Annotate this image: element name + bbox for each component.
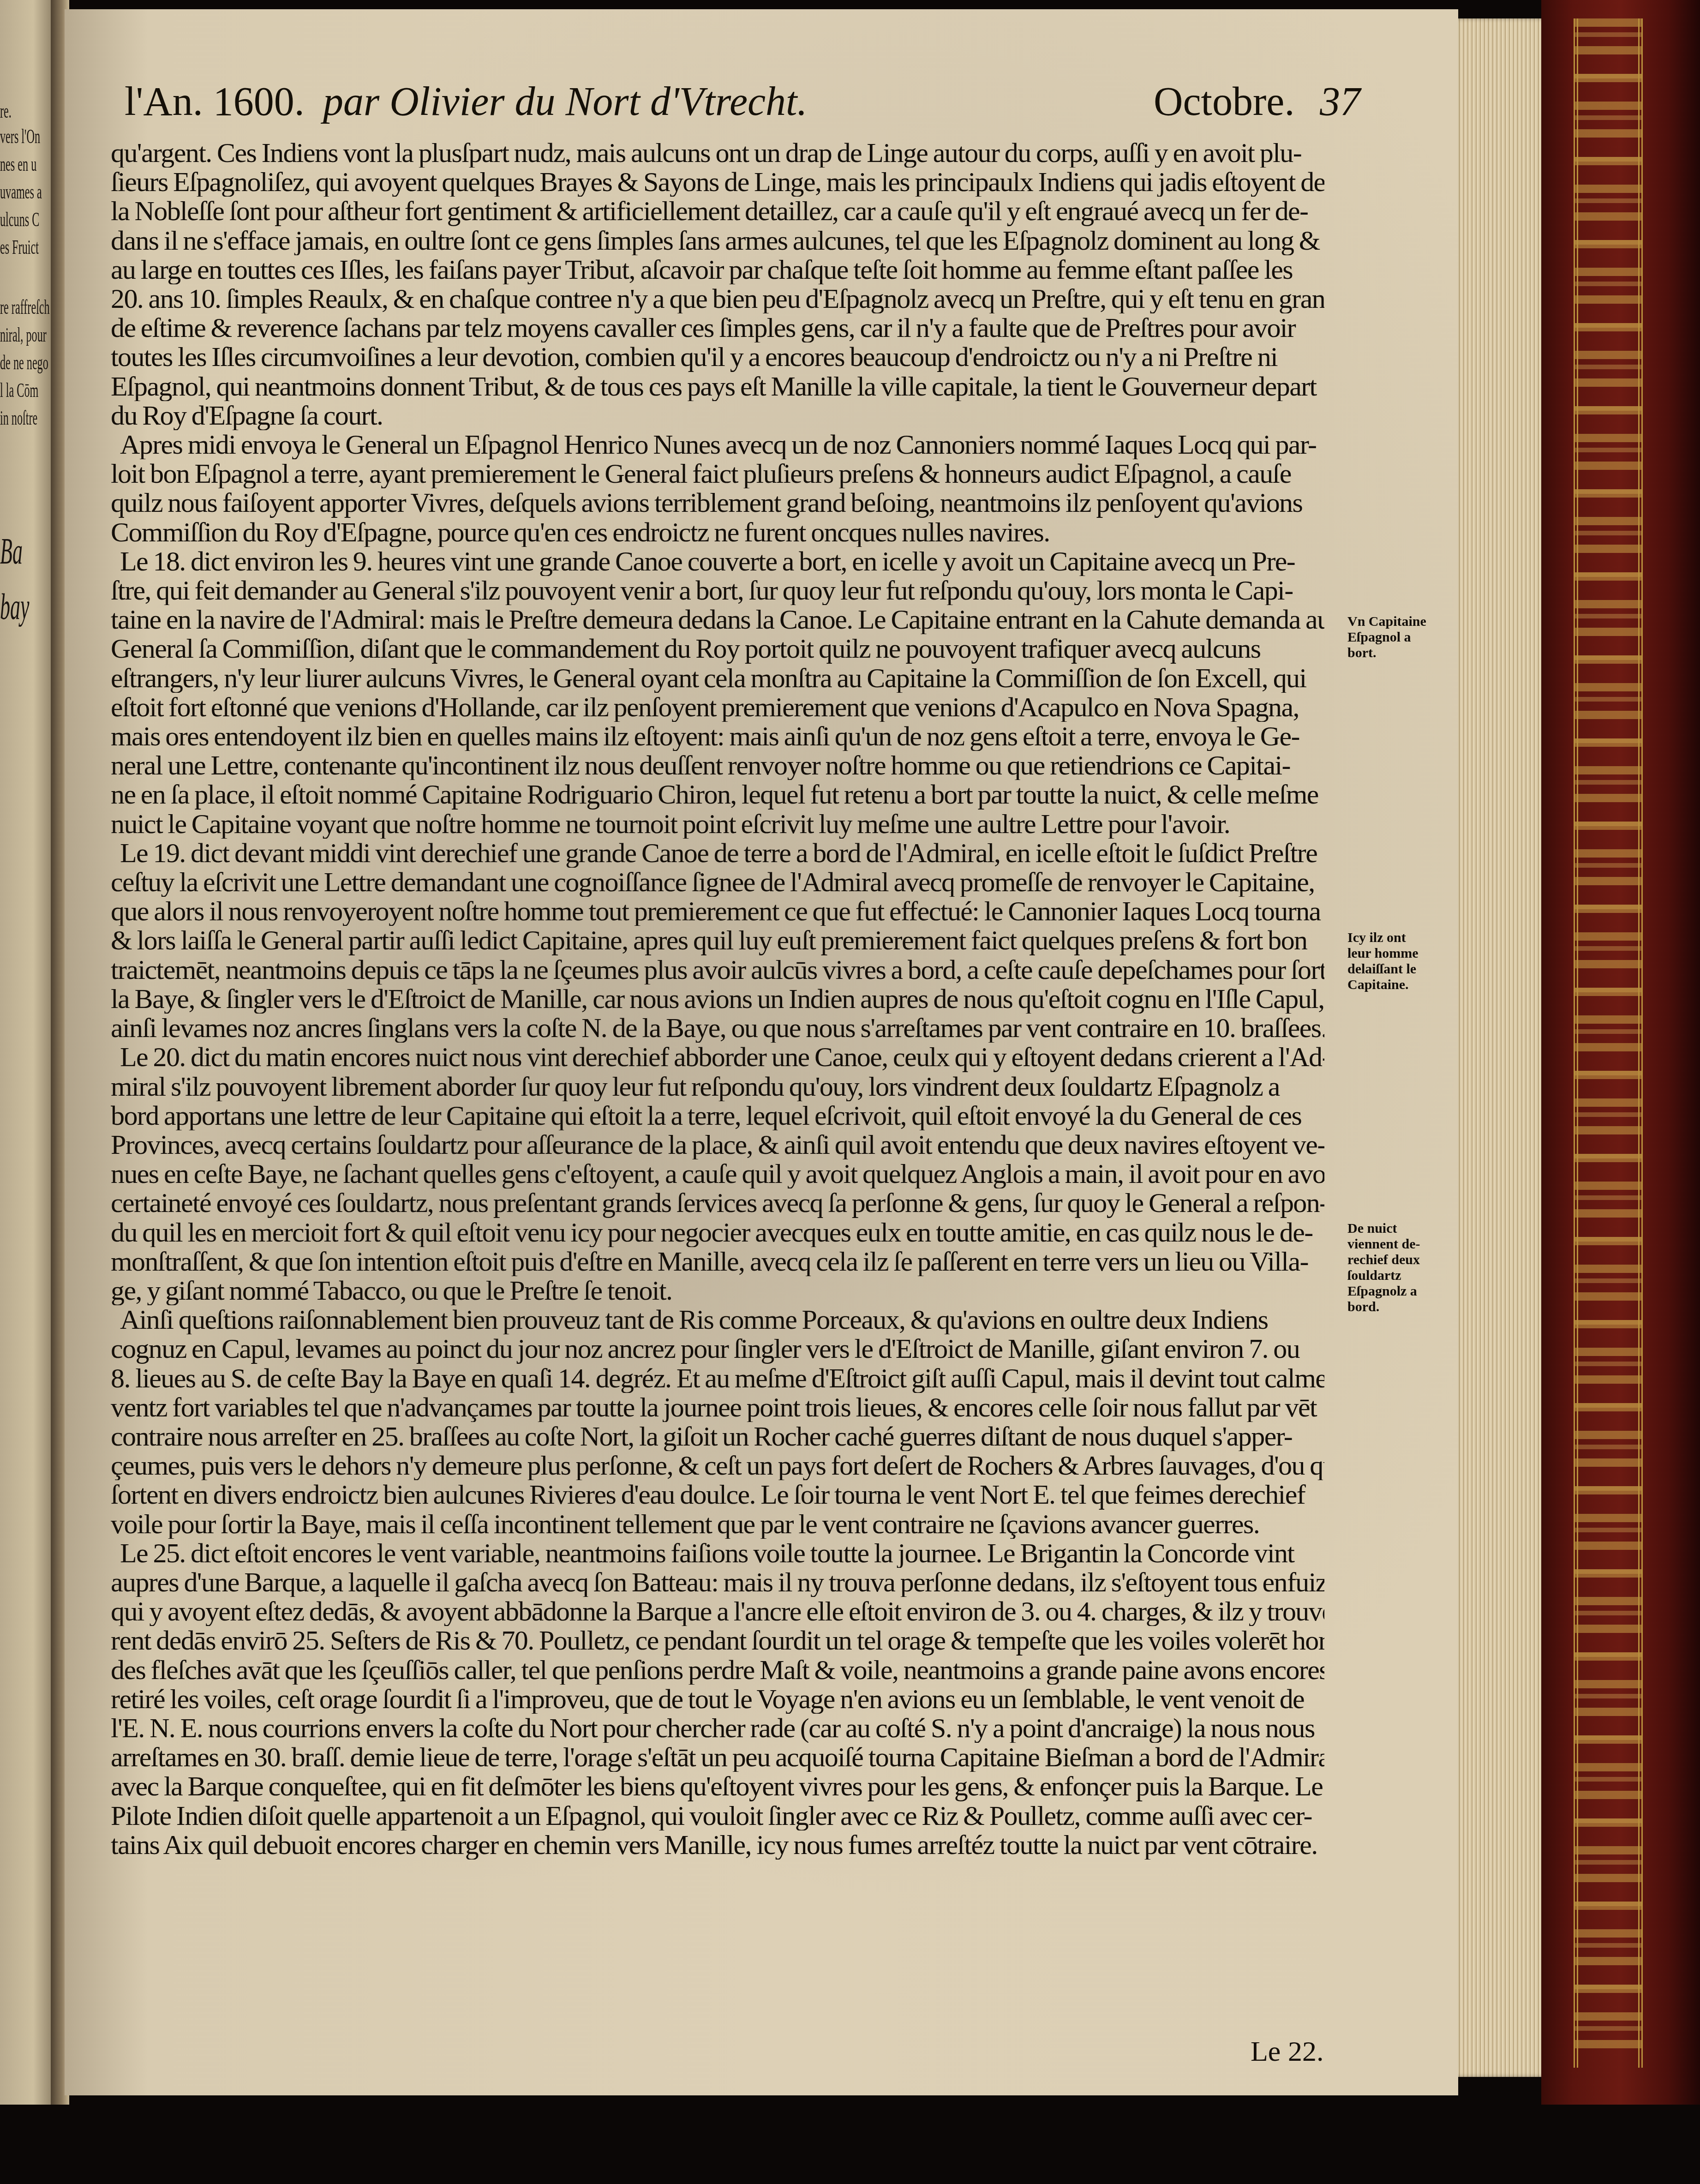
gilt-tooled-border: [1574, 18, 1643, 2068]
text-line: retiré les voiles, ceſt orage ſourdit ſi…: [111, 1685, 1324, 1714]
facing-page-fragment: uvames a: [0, 180, 42, 204]
marginal-note-line: leur homme: [1347, 946, 1463, 961]
text-line: ſtre, qui feit demander au General s'ilz…: [111, 576, 1324, 605]
facing-page-fragment: vers l'On: [0, 125, 40, 148]
header-year: l'An. 1600.: [125, 78, 305, 125]
marginal-note-line: viennent de-: [1347, 1236, 1463, 1252]
text-line: monſtraſſent, & que ſon intention eſtoit…: [111, 1247, 1324, 1276]
book-page: l'An. 1600. par Olivier du Nort d'Vtrech…: [65, 9, 1458, 2095]
text-line: Eſpagnol, qui neantmoins donnent Tribut,…: [111, 372, 1324, 401]
facing-page-fragment: niral, pour: [0, 323, 47, 347]
text-line: traictemēt, neantmoins depuis ce tāps la…: [111, 955, 1324, 984]
text-line: l'E. N. E. nous courrions envers la coſt…: [111, 1714, 1324, 1743]
text-line: contraire nous arreſter en 25. braſſees …: [111, 1422, 1324, 1451]
text-line: Le 25. dict eſtoit encores le vent varia…: [111, 1539, 1324, 1568]
marginal-note-line: Eſpagnol a: [1347, 630, 1463, 645]
page-edges: [1454, 18, 1546, 2077]
text-line: Commiſſion du Roy d'Eſpagne, pource qu'e…: [111, 518, 1324, 547]
text-line: du Roy d'Eſpagne ſa court.: [111, 401, 1324, 430]
text-line: neral une Lettre, contenante qu'incontin…: [111, 751, 1324, 780]
facing-page-fragment: Ba: [0, 531, 23, 573]
text-line: Le 18. dict environ les 9. heures vint u…: [111, 547, 1324, 576]
text-line: qu'argent. Ces Indiens vont la plusſpart…: [111, 138, 1324, 168]
text-line: bord apportans une lettre de leur Capita…: [111, 1101, 1324, 1130]
header-author: par Olivier du Nort d'Vtrecht.: [323, 78, 807, 125]
text-line: Le 20. dict du matin encores nuict nous …: [111, 1043, 1324, 1072]
facing-page-fragment: l la Cōm: [0, 378, 38, 402]
text-line: que alors il nous renvoyeroyent noſtre h…: [111, 897, 1324, 926]
page-number: 37: [1320, 78, 1360, 125]
text-line: certaineté envoyé ces ſouldartz, nous pr…: [111, 1188, 1324, 1218]
text-line: 8. lieues au S. de ceſte Bay la Baye en …: [111, 1364, 1324, 1393]
text-line: qui y avoyent eſtez dedās, & avoyent abb…: [111, 1597, 1324, 1626]
text-line: la Nobleſſe ſont pour aſtheur fort genti…: [111, 197, 1324, 226]
text-line: arreſtames en 30. braſſ. demie lieue de …: [111, 1743, 1324, 1772]
facing-page-fragment: in noſtre: [0, 406, 37, 430]
text-line: ſieurs Eſpagnoliſez, qui avoyent quelque…: [111, 168, 1324, 197]
text-line: des fleſches avāt que les ſçeuſſiōs call…: [111, 1656, 1324, 1685]
text-line: Provinces, avecq certains ſouldartz pour…: [111, 1130, 1324, 1159]
header-month: Octobre.: [1154, 78, 1294, 125]
text-line: rent dedās envirō 25. Seſters de Ris & 7…: [111, 1626, 1324, 1655]
marginal-note-2: Icy ilz ontleur hommedelaiſſant leCapita…: [1347, 930, 1463, 993]
text-line: mais ores entendoyent ilz bien en quelle…: [111, 722, 1324, 751]
facing-page-fragment: nes en u: [0, 152, 36, 176]
marginal-note-line: Icy ilz ont: [1347, 930, 1463, 946]
text-line: voile pour ſortir la Baye, mais il ceſſa…: [111, 1510, 1324, 1539]
text-line: au large en touttes ces Iſles, les faiſa…: [111, 255, 1324, 284]
text-line: nues en ceſte Baye, ne ſachant quelles g…: [111, 1159, 1324, 1188]
text-line: loit bon Eſpagnol a terre, ayant premier…: [111, 459, 1324, 488]
text-line: de eſtime & reverence ſachans par telz m…: [111, 313, 1324, 342]
text-line: avec la Barque conqueſtee, qui en fit de…: [111, 1772, 1324, 1801]
text-line: miral s'ilz pouvoyent librement aborder …: [111, 1072, 1324, 1101]
facing-page-fragment: es Fruict: [0, 235, 39, 259]
text-line: ainſi levames noz ancres ſinglans vers l…: [111, 1014, 1324, 1043]
body-text: qu'argent. Ces Indiens vont la plusſpart…: [111, 138, 1324, 1860]
marginal-note-line: bort.: [1347, 645, 1463, 661]
marginal-note-line: bord.: [1347, 1299, 1463, 1315]
text-line: nuict le Capitaine voyant que noſtre hom…: [111, 810, 1324, 839]
text-line: ventz fort variables tel que n'advançame…: [111, 1393, 1324, 1422]
running-header: l'An. 1600. par Olivier du Nort d'Vtrech…: [65, 78, 1458, 129]
text-line: General ſa Commiſſion, diſant que le com…: [111, 634, 1324, 663]
facing-page-fragment: bay: [0, 586, 30, 628]
text-line: quilz nous faiſoyent apporter Vivres, de…: [111, 488, 1324, 517]
text-line: çeumes, puis vers le dehors n'y demeure …: [111, 1451, 1324, 1480]
facing-page-fragment: ulcuns C: [0, 208, 39, 231]
text-line: ſortent en divers endroictz bien aulcune…: [111, 1480, 1324, 1509]
text-line: la Baye, & ſingler vers le d'Eſtroict de…: [111, 984, 1324, 1014]
text-line: cognuz en Capul, levames au poinct du jo…: [111, 1334, 1324, 1363]
text-line: toutes les Iſles circumvoiſines a leur d…: [111, 342, 1324, 372]
text-line: ceſtuy la eſcrivit une Lettre demandant …: [111, 868, 1324, 897]
facing-page-fragment: re.: [0, 99, 12, 123]
marginal-note-line: delaiſſant le: [1347, 961, 1463, 977]
text-line: du quil les en mercioit fort & quil eſto…: [111, 1218, 1324, 1247]
catchword: Le 22.: [1251, 2035, 1323, 2068]
text-line: tains Aix quil debuoit encores charger e…: [111, 1830, 1324, 1860]
marginal-note-1: Vn CapitaineEſpagnol abort.: [1347, 614, 1463, 661]
text-line: & lors laiſſa le General partir auſſi le…: [111, 926, 1324, 955]
marginal-note-line: rechief deux: [1347, 1252, 1463, 1268]
marginal-note-line: De nuict: [1347, 1221, 1463, 1236]
text-line: Pilote Indien diſoit quelle appartenoit …: [111, 1801, 1324, 1830]
text-line: eſtrangers, n'y leur liurer aulcuns Vivr…: [111, 664, 1324, 693]
text-line: eſtoit fort eſtonné que venions d'Hollan…: [111, 693, 1324, 722]
text-line: Ainſi queſtions raiſonnablement bien pro…: [111, 1305, 1324, 1334]
marginal-note-3: De nuictviennent de-rechief deuxſouldart…: [1347, 1221, 1463, 1315]
text-line: dans il ne s'efface jamais, en oultre ſo…: [111, 226, 1324, 255]
marginal-note-line: ſouldartz: [1347, 1268, 1463, 1284]
text-line: aupres d'une Barque, a laquelle il gaſch…: [111, 1568, 1324, 1597]
text-line: ge, y giſant nommé Tabacco, ou que le Pr…: [111, 1276, 1324, 1305]
marginal-note-line: Vn Capitaine: [1347, 614, 1463, 630]
text-line: 20. ans 10. ſimples Reaulx, & en chaſque…: [111, 284, 1324, 313]
marginal-note-line: Eſpagnolz a: [1347, 1284, 1463, 1299]
marginal-note-line: Capitaine.: [1347, 977, 1463, 993]
text-line: ne en ſa place, il eſtoit nommé Capitain…: [111, 780, 1324, 809]
facing-page-fragment: de ne nego: [0, 351, 48, 374]
text-line: Apres midi envoya le General un Eſpagnol…: [111, 430, 1324, 459]
facing-left-page: re.vers l'Onnes en uuvames aulcuns Ces F…: [0, 0, 55, 2105]
text-line: Le 19. dict devant middi vint derechief …: [111, 839, 1324, 868]
facing-page-fragment: re raffreſch: [0, 295, 50, 319]
text-line: taine en la navire de l'Admiral: mais le…: [111, 605, 1324, 634]
